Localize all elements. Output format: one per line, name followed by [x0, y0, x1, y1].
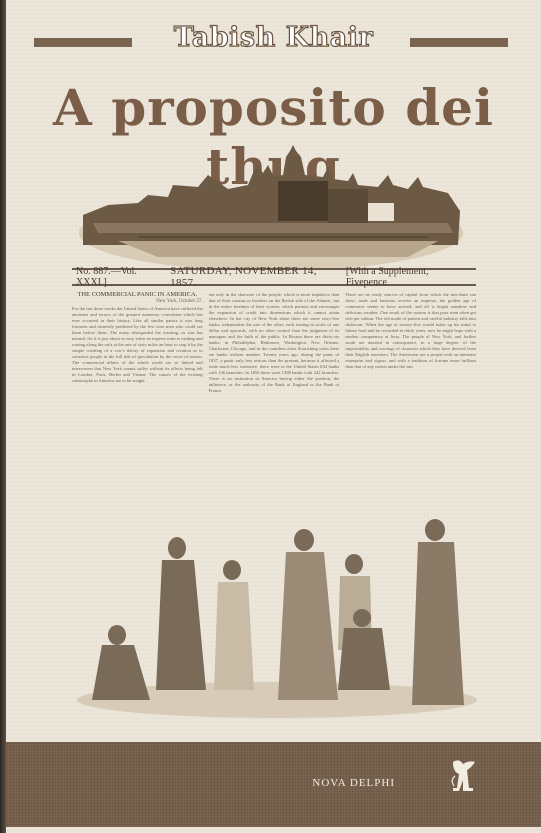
- book-cover: Tabish Khair A proposito dei thug No. 88…: [6, 0, 541, 833]
- london-skyline-engraving: [78, 145, 464, 270]
- author-name: Tabish Khair: [6, 22, 541, 53]
- column-2-text: not only in the character of the people,…: [209, 292, 340, 394]
- thugs-group-engraving: [72, 500, 482, 722]
- publisher-name: NOVA DELPHI: [312, 777, 395, 789]
- column-1: THE COMMERCIAL PANIC IN AMERICA. New Yor…: [72, 292, 203, 482]
- griffin-icon: [449, 758, 477, 792]
- newspaper-columns: THE COMMERCIAL PANIC IN AMERICA. New Yor…: [72, 292, 476, 482]
- newspaper-masthead: No. 887.—Vol. XXXI.] SATURDAY, NOVEMBER …: [72, 268, 476, 286]
- issue-number: No. 887.—Vol. XXXI.]: [76, 266, 170, 288]
- newspaper-date: SATURDAY, NOVEMBER 14, 1857.: [170, 265, 346, 289]
- column-3: There are no ready sources of capital fr…: [345, 292, 476, 482]
- column-1-text: For the last three weeks the United Stat…: [72, 306, 203, 384]
- column-3-text: There are no ready sources of capital fr…: [345, 292, 476, 370]
- publisher-band: NOVA DELPHI: [6, 742, 541, 827]
- article-headline: THE COMMERCIAL PANIC IN AMERICA.: [72, 292, 203, 298]
- column-2: not only in the character of the people,…: [209, 292, 340, 482]
- supplement-note: [With a Supplement, Fivepence: [346, 266, 472, 288]
- article-dateline: New York, October 27.: [72, 299, 203, 305]
